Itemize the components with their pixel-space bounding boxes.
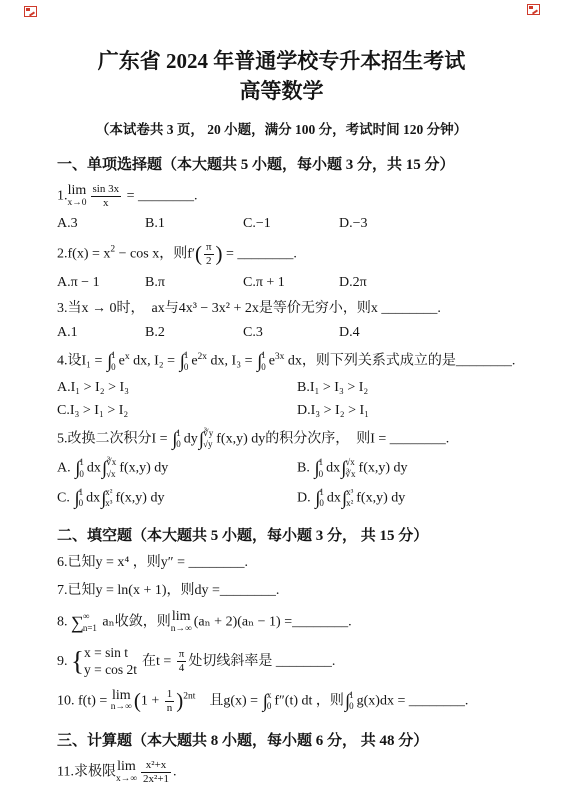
lower-limit: 0 — [319, 469, 324, 480]
lower-limit: x² — [346, 498, 353, 509]
icon-dot — [26, 8, 30, 11]
exponent: 2nt — [183, 692, 195, 702]
question-number: 9. — [57, 654, 71, 669]
differential: dy — [184, 431, 198, 446]
broken-image-icon — [24, 6, 37, 17]
lower-limit: 0 — [267, 701, 272, 712]
question-text: 2.f(x) = x — [57, 247, 110, 262]
option-b: B.π — [145, 275, 243, 291]
limit-operator: limn→∞ — [111, 689, 132, 714]
exam-title-block: 广东省 2024 年普通学校专升本招生考试 高等数学 — [0, 0, 563, 106]
lower-limit: 0 — [176, 439, 181, 450]
integral: ∫10 — [257, 350, 268, 373]
question-text: 1 + — [141, 693, 163, 708]
upper-limit: 1 — [79, 457, 84, 468]
question-4: 4.设I₁ = ∫10ex dx, I₂ = ∫10e2x dx, I₃ = ∫… — [57, 350, 527, 373]
lower-limit: 0 — [319, 498, 324, 509]
lim-subscript: x→∞ — [116, 775, 137, 785]
upper-limit: 1 — [176, 428, 181, 439]
exponent: 3x — [275, 352, 285, 362]
integral: ∫10 — [107, 350, 118, 373]
fraction-numerator: π — [204, 241, 214, 254]
option-d: D.4 — [339, 325, 360, 341]
option-a: A.1 — [57, 325, 145, 341]
integral-limits: x³x² — [346, 487, 353, 510]
option-a: A.3 — [57, 216, 145, 232]
question-tail: dx，则下列关系式成立的是________. — [284, 354, 515, 369]
integral-limits: ∛x√x — [106, 457, 116, 480]
upper-limit: 1 — [349, 690, 354, 701]
integral-limits: 10 — [79, 487, 84, 510]
integral: ∫10 — [315, 487, 326, 510]
upper-limit: √x — [345, 457, 355, 468]
question-10: 10. f(t) = limn→∞(1 + 1n)2nt 且g(x) = ∫x0… — [57, 688, 527, 714]
exam-page: 广东省 2024 年普通学校专升本招生考试 高等数学 （本试卷共 3 页， 20… — [0, 0, 563, 794]
question-text: 11.求极限 — [57, 765, 116, 780]
option-d: D.2π — [339, 275, 367, 291]
fraction: 1n — [165, 688, 175, 714]
upper-limit: x — [267, 690, 272, 701]
fraction-denominator: n — [165, 701, 175, 715]
option-label: D. — [297, 490, 314, 505]
integral-limits: 10 — [176, 428, 181, 451]
question-4-options-row2: C.I₃ > I₁ > I₂D.I₃ > I₂ > I₁ — [57, 403, 527, 419]
fraction: sin 3xx — [91, 183, 122, 209]
exam-title-line1: 广东省 2024 年普通学校专升本招生考试 — [0, 46, 563, 76]
question-1: 1.limx→0sin 3xx = ________. — [57, 183, 527, 209]
icon-dot — [529, 6, 533, 9]
lim-word: lim — [68, 184, 87, 199]
upper-limit: 1 — [261, 350, 266, 361]
option-b: B.I₁ > I₃ > I₂ — [297, 380, 368, 396]
option-a: A. ∫10dx∫∛x√xf(x,y) dy — [57, 457, 297, 480]
lower-limit: ∛x — [345, 469, 355, 480]
option-d: D.−3 — [339, 216, 368, 232]
integrand: f(x,y) dy — [115, 490, 164, 505]
question-text: f″(t) dt ，则 — [274, 693, 344, 708]
question-5-options-row2: C. ∫10dx∫x²x³f(x,y) dyD. ∫10dx∫x³x²f(x,y… — [57, 487, 527, 510]
integral: ∫x0 — [263, 690, 274, 713]
integral: ∫x³x² — [342, 487, 355, 510]
fraction-numerator: x²+x — [141, 759, 171, 772]
question-5-options-row1: A. ∫10dx∫∛x√xf(x,y) dyB. ∫10dx∫√x∛xf(x,y… — [57, 457, 527, 480]
differential: dx — [326, 461, 340, 476]
question-text: 5.改换二次积分I = — [57, 431, 171, 446]
integral: ∫10 — [345, 690, 356, 713]
question-text: 且g(x) = — [195, 693, 261, 708]
limit-operator: limn→∞ — [171, 610, 192, 635]
broken-image-icon — [527, 4, 540, 15]
upper-limit: ∞ — [83, 611, 97, 622]
integral: ∫√x∛x — [341, 457, 357, 480]
option-d: D. ∫10dx∫x³x²f(x,y) dy — [297, 487, 405, 510]
upper-limit: x³ — [346, 487, 353, 498]
option-c: C.3 — [243, 325, 339, 341]
question-3-options: A.1B.2C.3D.4 — [57, 325, 527, 341]
option-c: C.I₃ > I₁ > I₂ — [57, 403, 297, 419]
lower-limit: 0 — [261, 362, 266, 373]
upper-limit: 1 — [319, 457, 324, 468]
fraction-numerator: π — [177, 648, 187, 661]
question-text: dx, I₂ = — [130, 354, 179, 369]
sum-limits: ∞n=1 — [83, 611, 97, 634]
exam-title-line2: 高等数学 — [0, 76, 563, 106]
integral: ∫∛x√x — [102, 457, 118, 480]
question-4-options-row1: A.I₁ > I₂ > I₃B.I₁ > I₃ > I₂ — [57, 380, 527, 396]
right-paren: ) — [216, 242, 223, 266]
integral-limits: ∛y√y — [203, 428, 213, 451]
upper-limit: ∛x — [106, 457, 116, 468]
integral-limits: 10 — [79, 457, 84, 480]
question-text: aₙ收敛，则 — [99, 615, 171, 630]
option-label: B. — [297, 461, 313, 476]
exam-subtitle: （本试卷共 3 页， 20 小题，满分 100 分，考试时间 120 分钟） — [0, 118, 563, 138]
limit-operator: limx→∞ — [116, 760, 137, 785]
fraction-denominator: 2x²+1 — [141, 772, 171, 786]
integral: ∫∛y√y — [199, 428, 215, 451]
section-heading-choice: 一、单项选择题（本大题共 5 小题，每小题 3 分，共 15 分） — [57, 153, 527, 174]
integral-limits: 10 — [319, 457, 324, 480]
lim-word: lim — [116, 760, 137, 775]
lim-word: lim — [111, 689, 132, 704]
question-tail: f(x,y) dy的积分次序， 则I = ________. — [216, 431, 449, 446]
summation: ∑∞n=1 — [71, 611, 99, 634]
integral: ∫10 — [180, 350, 191, 373]
equation-line1: x = sin t — [84, 644, 137, 662]
integral-limits: 10 — [349, 690, 354, 713]
cases-brace: { — [71, 646, 84, 676]
integral-limits: x0 — [267, 690, 272, 713]
lower-limit: 0 — [184, 362, 189, 373]
limit-operator: limx→0 — [68, 184, 87, 209]
integral: ∫10 — [74, 487, 85, 510]
exponent: 2x — [198, 352, 208, 362]
fraction: π2 — [204, 241, 214, 267]
upper-limit: 1 — [79, 487, 84, 498]
question-tail: (aₙ + 2)(aₙ − 1) =________. — [194, 615, 352, 630]
parametric-equations: x = sin ty = cos 2t — [84, 644, 137, 679]
differential: dx — [86, 490, 100, 505]
option-c: C.π + 1 — [243, 275, 339, 291]
fraction-denominator: 4 — [177, 661, 187, 675]
integrand: f(x,y) dy — [119, 461, 168, 476]
lower-limit: n=1 — [83, 623, 97, 634]
option-a: A.π − 1 — [57, 275, 145, 291]
question-6: 6.已知y = x⁴ ，则y″ = ________. — [57, 554, 527, 573]
lower-limit: 0 — [79, 498, 84, 509]
section-heading-calc: 三、计算题（本大题共 8 小题，每小题 6 分， 共 48 分） — [57, 729, 527, 750]
lim-subscript: n→∞ — [111, 703, 132, 713]
question-text: 10. f(t) = — [57, 693, 111, 708]
fraction-denominator: x — [91, 196, 122, 210]
question-5: 5.改换二次积分I = ∫10dy∫∛y√yf(x,y) dy的积分次序， 则I… — [57, 428, 527, 451]
question-tail: = ________. — [123, 188, 197, 203]
lower-limit: 0 — [349, 701, 354, 712]
integral-limits: √x∛x — [345, 457, 355, 480]
question-2-options: A.π − 1B.πC.π + 1D.2π — [57, 275, 527, 291]
equation-line2: y = cos 2t — [84, 661, 137, 679]
fraction-numerator: sin 3x — [91, 183, 122, 196]
question-2: 2.f(x) = x2 − cos x，则f′(π2) = ________. — [57, 241, 527, 267]
differential: dx — [327, 490, 341, 505]
option-b: B.1 — [145, 216, 243, 232]
integral-limits: x²x³ — [105, 487, 112, 510]
option-label: A. — [57, 461, 74, 476]
question-8: 8. ∑∞n=1 aₙ收敛，则limn→∞(aₙ + 2)(aₙ − 1) =_… — [57, 610, 527, 635]
left-paren: ( — [195, 242, 202, 266]
integral-limits: 10 — [319, 487, 324, 510]
integrand: f(x,y) dy — [356, 490, 405, 505]
option-label: C. — [57, 490, 73, 505]
question-tail: = ________. — [223, 247, 297, 262]
integral-limits: 10 — [184, 350, 189, 373]
section-heading-blank: 二、填空题（本大题共 5 小题，每小题 3 分， 共 15 分） — [57, 524, 527, 545]
lower-limit: x³ — [105, 498, 112, 509]
question-number: 8. — [57, 615, 71, 630]
differential: dx — [87, 461, 101, 476]
upper-limit: 1 — [319, 487, 324, 498]
question-text: dx, I₃ = — [207, 354, 256, 369]
question-1-options: A.3B.1C.−1D.−3 — [57, 216, 527, 232]
lower-limit: √x — [106, 469, 116, 480]
icon-slash — [532, 9, 538, 14]
question-7: 7.已知y = ln(x + 1)，则dy =________. — [57, 582, 527, 601]
upper-limit: ∛y — [203, 428, 213, 439]
lim-subscript: x→0 — [68, 199, 87, 209]
upper-limit: 1 — [184, 350, 189, 361]
integral-limits: 10 — [261, 350, 266, 373]
left-paren: ( — [134, 689, 141, 713]
question-9: 9. {x = sin ty = cos 2t在t = π4处切线斜率是 ___… — [57, 644, 527, 679]
upper-limit: x² — [105, 487, 112, 498]
question-tail: 处切线斜率是 ________. — [188, 654, 335, 669]
lower-limit: 0 — [111, 362, 116, 373]
option-d: D.I₃ > I₂ > I₁ — [297, 403, 369, 419]
fraction-numerator: 1 — [165, 688, 175, 701]
question-text: − cos x，则f′ — [115, 247, 195, 262]
fraction: π4 — [177, 648, 187, 674]
question-tail: . — [173, 765, 177, 780]
option-a: A.I₁ > I₂ > I₃ — [57, 380, 297, 396]
integral: ∫10 — [172, 428, 183, 451]
fraction-denominator: 2 — [204, 254, 214, 268]
question-text: 在t = — [142, 654, 175, 669]
lower-limit: √y — [203, 439, 213, 450]
option-b: B. ∫10dx∫√x∛xf(x,y) dy — [297, 457, 408, 480]
lim-subscript: n→∞ — [171, 625, 192, 635]
integral-limits: 10 — [111, 350, 116, 373]
lower-limit: 0 — [79, 469, 84, 480]
question-number: 1. — [57, 188, 68, 203]
integral: ∫x²x³ — [101, 487, 114, 510]
question-tail: g(x)dx = ________. — [357, 693, 469, 708]
integral: ∫10 — [75, 457, 86, 480]
upper-limit: 1 — [111, 350, 116, 361]
option-c: C.−1 — [243, 216, 339, 232]
option-c: C. ∫10dx∫x²x³f(x,y) dy — [57, 487, 297, 510]
icon-slash — [29, 11, 35, 16]
option-b: B.2 — [145, 325, 243, 341]
lim-word: lim — [171, 610, 192, 625]
exam-body: 一、单项选择题（本大题共 5 小题，每小题 3 分，共 15 分） 1.limx… — [0, 153, 563, 786]
integrand: f(x,y) dy — [359, 461, 408, 476]
question-text: 4.设I₁ = — [57, 354, 106, 369]
integral: ∫10 — [314, 457, 325, 480]
question-3: 3.当x → 0时， ax与4x³ − 3x² + 2x是等价无穷小，则x __… — [57, 300, 527, 319]
fraction: x²+x2x²+1 — [141, 759, 171, 785]
question-11: 11.求极限limx→∞x²+x2x²+1. — [57, 759, 527, 785]
